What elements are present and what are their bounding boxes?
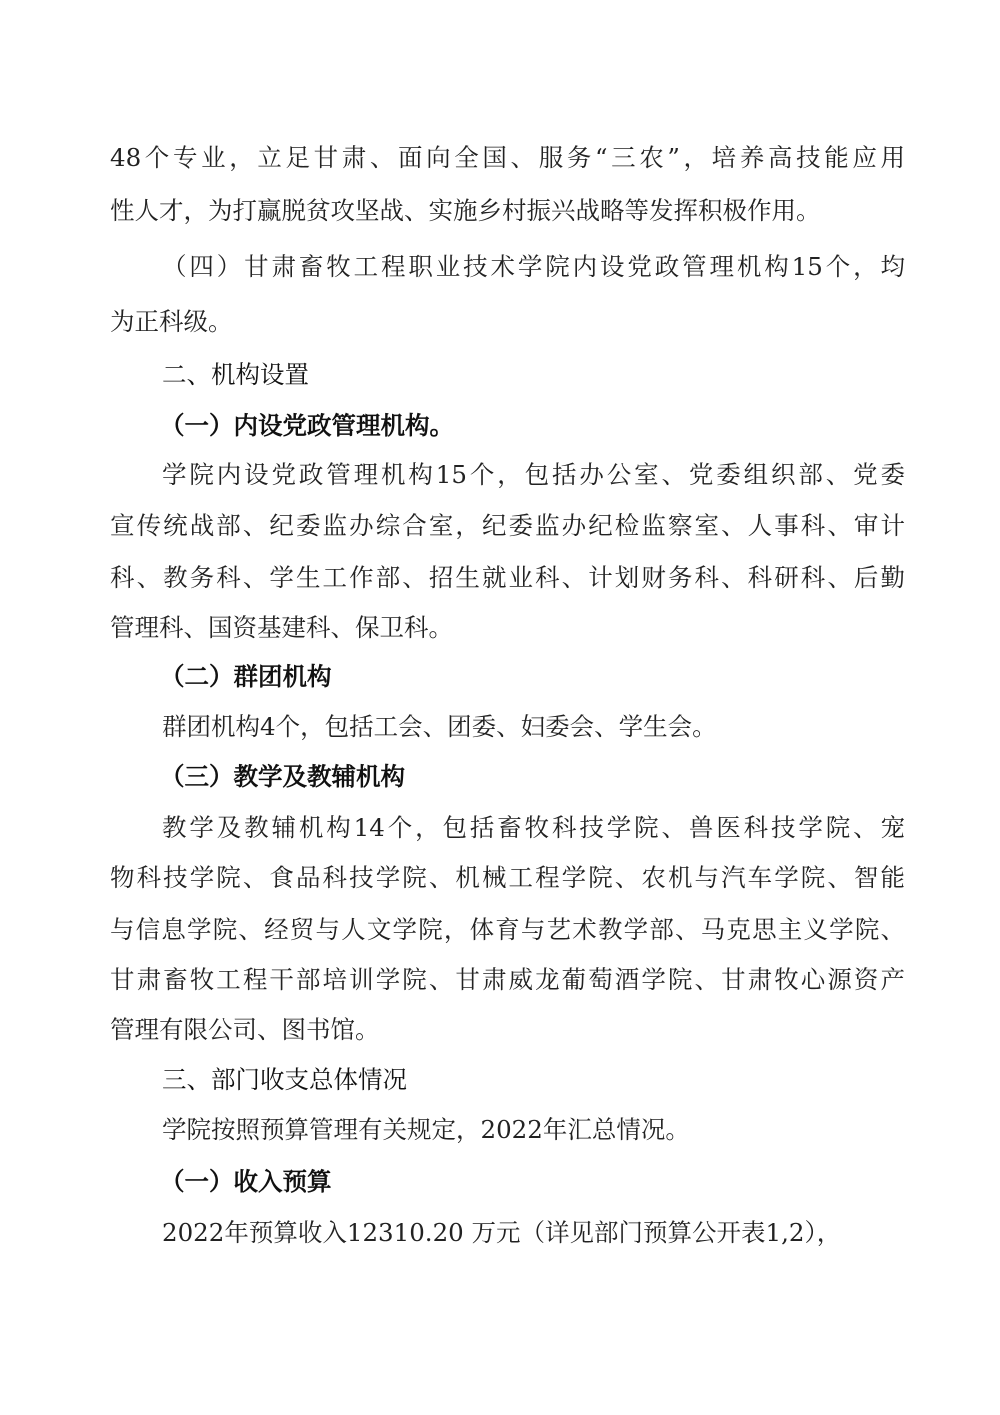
body-line: （四）甘肃畜牧工程职业技术学院内设党政管理机构15个，均 bbox=[162, 247, 905, 287]
section-heading: 二、机构设置 bbox=[162, 355, 905, 395]
body-line: 与信息学院、经贸与人文学院，体育与艺术教学部、马克思主义学院、 bbox=[110, 910, 905, 950]
body-line: 科、教务科、学生工作部、招生就业科、计划财务科、科研科、后勤 bbox=[110, 558, 905, 598]
subheading: （三）教学及教辅机构 bbox=[160, 757, 955, 797]
body-line: 学院按照预算管理有关规定，2022年汇总情况。 bbox=[162, 1110, 905, 1150]
body-line: 宣传统战部、纪委监办综合室，纪委监办纪检监察室、人事科、审计 bbox=[110, 506, 905, 546]
subheading: （二）群团机构 bbox=[160, 657, 955, 697]
body-line: 管理科、国资基建科、保卫科。 bbox=[110, 608, 905, 648]
body-line: 甘肃畜牧工程干部培训学院、甘肃威龙葡萄酒学院、甘肃牧心源资产 bbox=[110, 960, 905, 1000]
body-line: 为正科级。 bbox=[110, 302, 905, 342]
body-line: 群团机构4个，包括工会、团委、妇委会、学生会。 bbox=[162, 707, 905, 747]
body-line: 性人才，为打赢脱贫攻坚战、实施乡村振兴战略等发挥积极作用。 bbox=[110, 191, 905, 231]
subheading: （一）收入预算 bbox=[160, 1162, 955, 1202]
body-line: 学院内设党政管理机构15个，包括办公室、党委组织部、党委 bbox=[162, 455, 905, 495]
body-line: 教学及教辅机构14个，包括畜牧科技学院、兽医科技学院、宠 bbox=[162, 808, 905, 848]
subheading: （一）内设党政管理机构。 bbox=[160, 406, 955, 446]
document-page: 48个专业，立足甘肃、面向全国、服务“三农”，培养高技能应用 性人才，为打赢脱贫… bbox=[0, 0, 1000, 1415]
section-heading: 三、部门收支总体情况 bbox=[162, 1060, 905, 1100]
body-line: 物科技学院、食品科技学院、机械工程学院、农机与汽车学院、智能 bbox=[110, 858, 905, 898]
body-line: 管理有限公司、图书馆。 bbox=[110, 1010, 905, 1050]
body-line: 2022年预算收入12310.20 万元（详见部门预算公开表1,2）， bbox=[162, 1213, 905, 1253]
body-line: 48个专业，立足甘肃、面向全国、服务“三农”，培养高技能应用 bbox=[110, 138, 905, 178]
